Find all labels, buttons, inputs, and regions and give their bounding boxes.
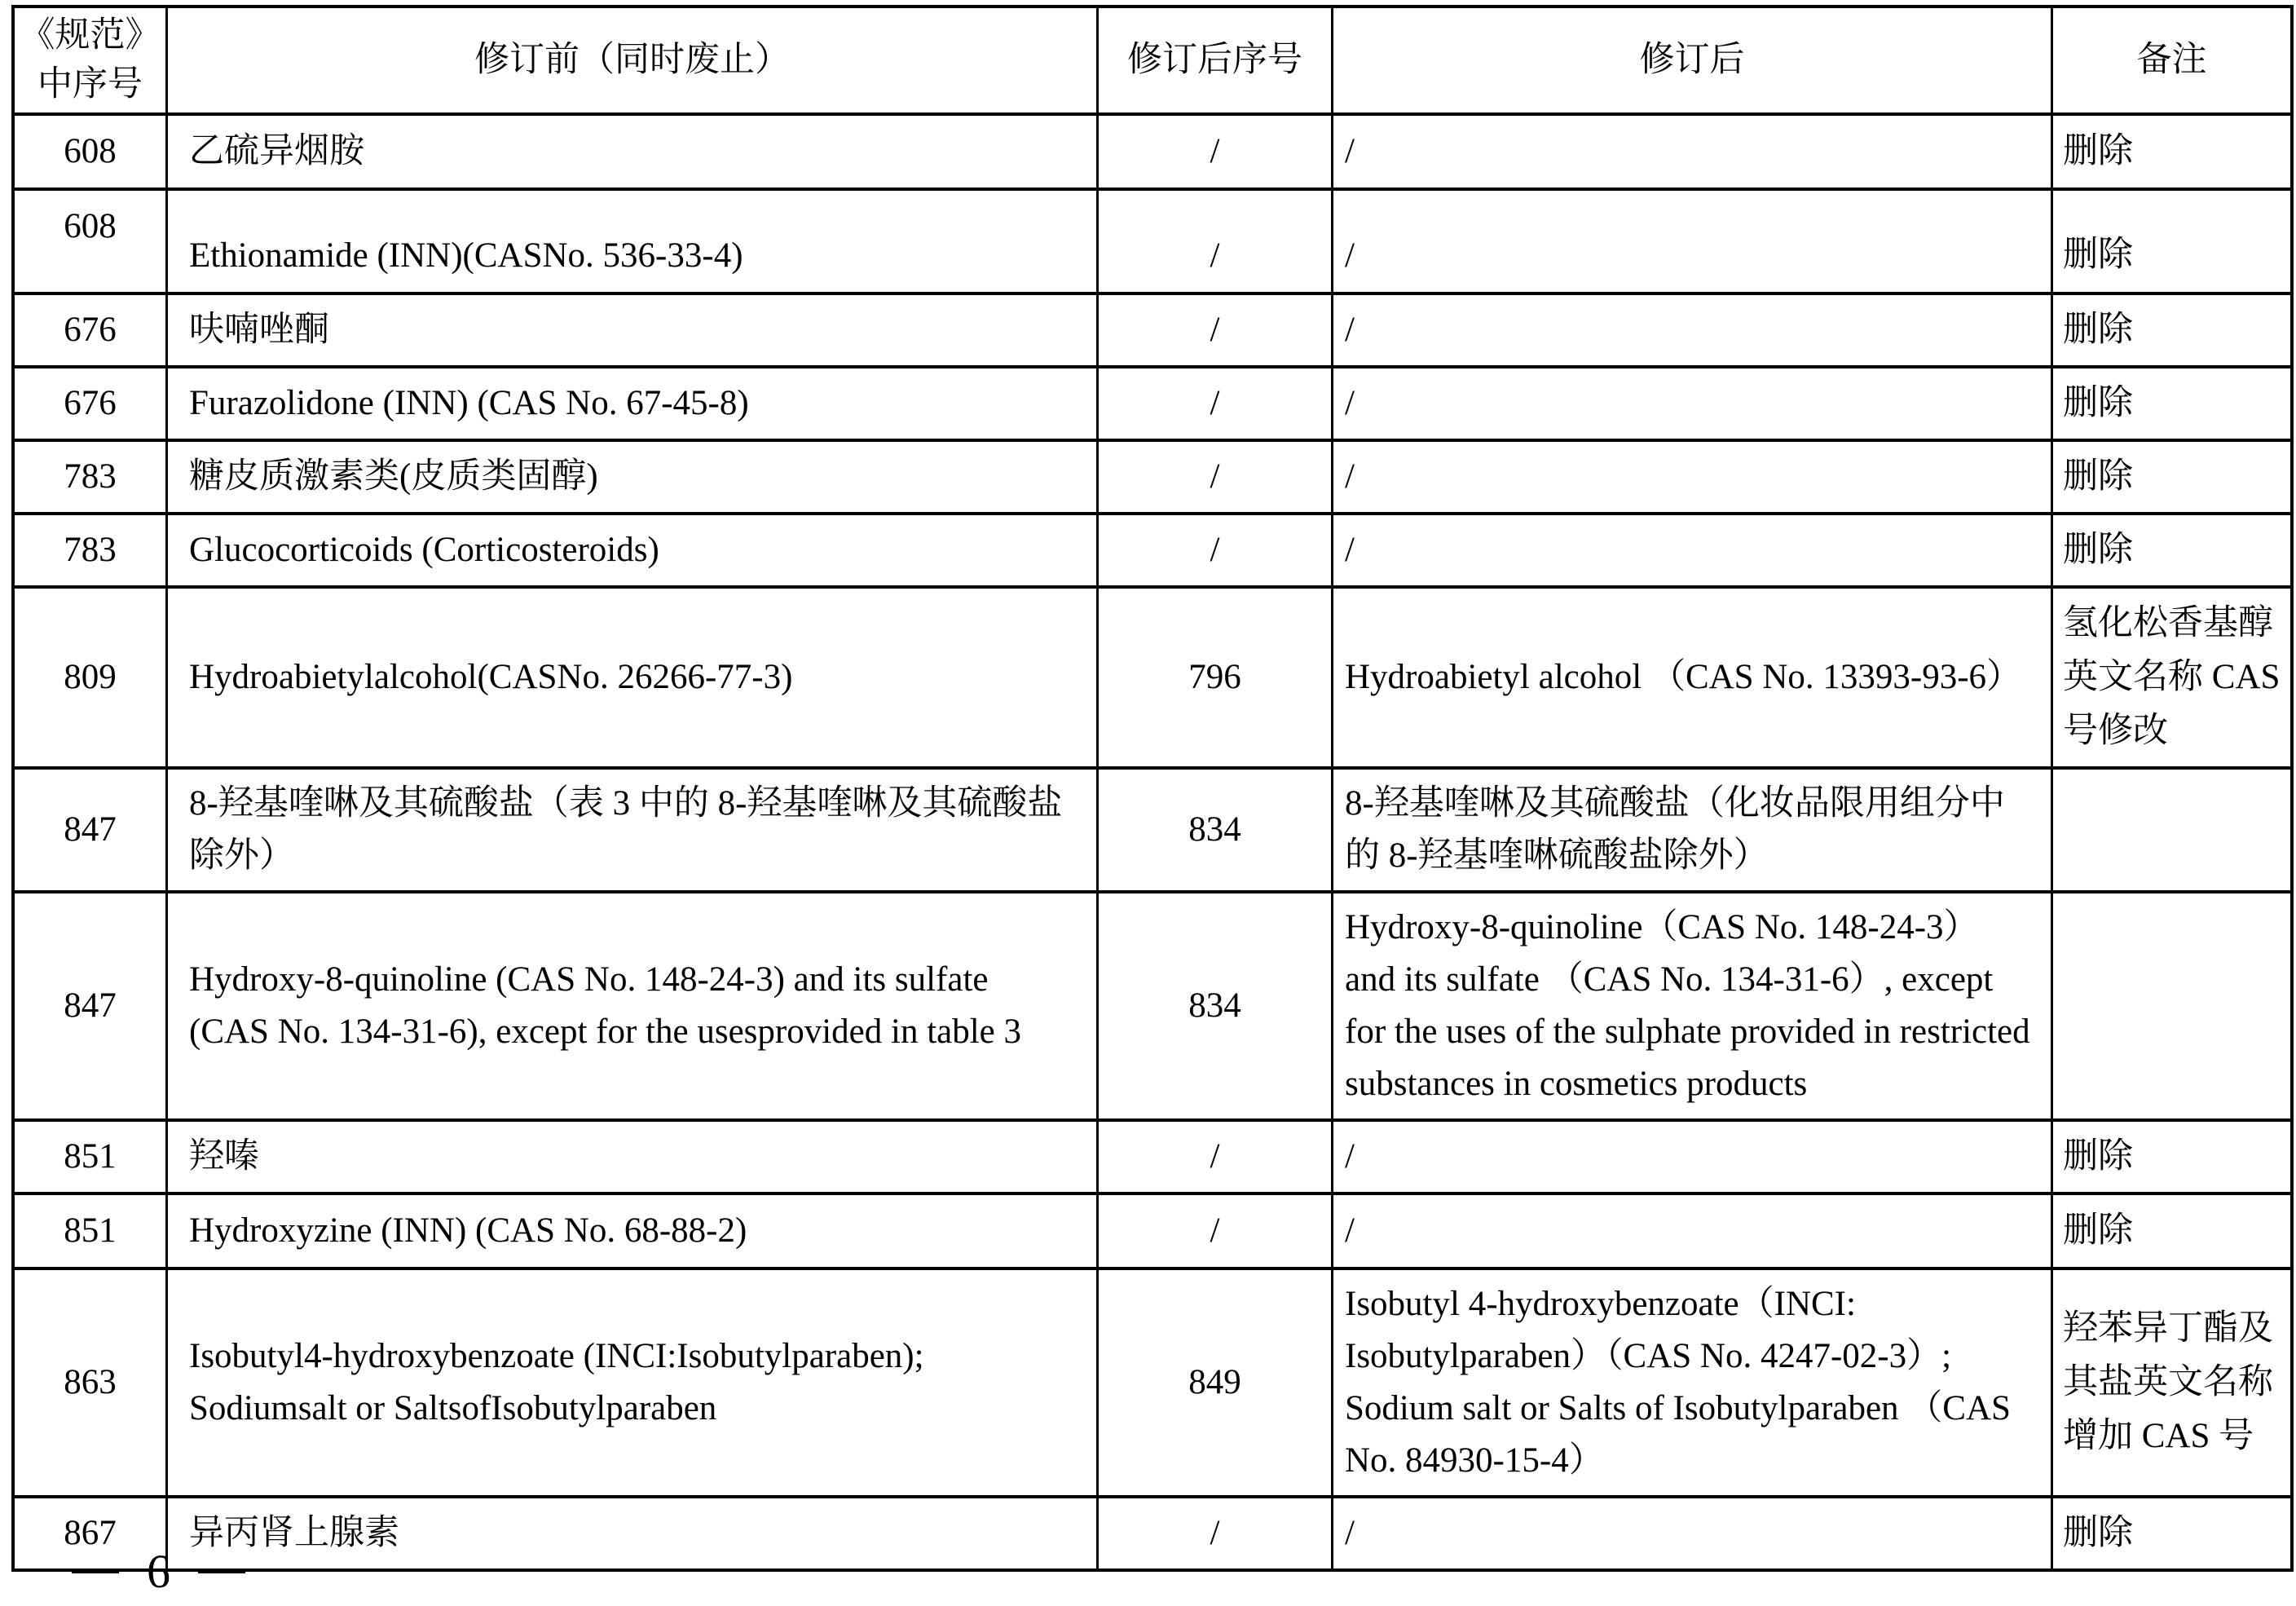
cell-after-no: /	[1096, 295, 1331, 365]
cell-remark: 删除	[2051, 1122, 2290, 1192]
table-row: 847 Hydroxy-8-quinoline (CAS No. 148-24-…	[15, 890, 2290, 1118]
header-spec-no-line1: 《规范》	[20, 11, 161, 60]
header-remark: 备注	[2051, 8, 2290, 113]
cell-spec-no: 783	[15, 442, 165, 512]
cell-spec-no: 847	[15, 893, 165, 1118]
table-row: 809 Hydroabietylalcohol(CASNo. 26266-77-…	[15, 585, 2290, 766]
header-before-revision: 修订前（同时废止）	[165, 8, 1096, 113]
cell-after-revision: /	[1331, 442, 2051, 512]
cell-after-no: /	[1096, 1498, 1331, 1568]
cell-remark: 删除	[2051, 515, 2290, 585]
cell-remark: 删除	[2051, 442, 2290, 512]
cell-spec-no: 851	[15, 1122, 165, 1192]
cell-after-revision: Isobutyl 4-hydroxybenzoate（INCI: Isobuty…	[1331, 1270, 2051, 1495]
header-after-no: 修订后序号	[1096, 8, 1331, 113]
table-row: 851 羟嗪 / / 删除	[15, 1118, 2290, 1192]
cell-before-revision: 糖皮质激素类(皮质类固醇)	[165, 442, 1096, 512]
cell-before-revision: 异丙肾上腺素	[165, 1498, 1096, 1568]
table-row: 783 糖皮质激素类(皮质类固醇) / / 删除	[15, 439, 2290, 512]
table-row: 608 Ethionamide (INN)(CASNo. 536-33-4) /…	[15, 188, 2290, 292]
cell-after-no: /	[1096, 1122, 1331, 1192]
cell-remark: 羟苯异丁酯及其盐英文名称增加 CAS 号	[2051, 1270, 2290, 1495]
cell-remark: 删除	[2051, 368, 2290, 439]
cell-after-revision: /	[1331, 515, 2051, 585]
footer-dash-right-icon	[198, 1570, 245, 1573]
cell-before-revision: Isobutyl4-hydroxybenzoate (INCI:Isobutyl…	[165, 1270, 1096, 1495]
cell-after-revision: /	[1331, 368, 2051, 439]
cell-before-revision: Ethionamide (INN)(CASNo. 536-33-4)	[165, 191, 1096, 292]
cell-after-revision: Hydroxy-8-quinoline（CAS No. 148-24-3） an…	[1331, 893, 2051, 1118]
cell-after-no: 834	[1096, 770, 1331, 890]
cell-remark: 删除	[2051, 1498, 2290, 1568]
cell-spec-no: 676	[15, 368, 165, 439]
cell-after-no: /	[1096, 442, 1331, 512]
cell-before-revision: 呋喃唑酮	[165, 295, 1096, 365]
table-row: 847 8-羟基喹啉及其硫酸盐（表 3 中的 8-羟基喹啉及其硫酸盐除外） 83…	[15, 766, 2290, 890]
cell-remark: 删除	[2051, 191, 2290, 292]
cell-spec-no: 783	[15, 515, 165, 585]
cell-before-revision: 乙硫异烟胺	[165, 116, 1096, 188]
cell-spec-no: 809	[15, 589, 165, 766]
header-spec-no-line2: 中序号	[37, 60, 143, 109]
cell-after-revision: Hydroabietyl alcohol （CAS No. 13393-93-6…	[1331, 589, 2051, 766]
page-footer: 6	[72, 1547, 245, 1596]
cell-remark	[2051, 770, 2290, 890]
cell-after-revision: /	[1331, 1195, 2051, 1267]
cell-after-revision: /	[1331, 295, 2051, 365]
cell-remark	[2051, 893, 2290, 1118]
cell-after-no: /	[1096, 191, 1331, 292]
cell-after-revision: 8-羟基喹啉及其硫酸盐（化妆品限用组分中的 8-羟基喹啉硫酸盐除外）	[1331, 770, 2051, 890]
header-after-revision: 修订后	[1331, 8, 2051, 113]
table-row: 863 Isobutyl4-hydroxybenzoate (INCI:Isob…	[15, 1267, 2290, 1495]
cell-before-revision: Hydroxy-8-quinoline (CAS No. 148-24-3) a…	[165, 893, 1096, 1118]
header-spec-no: 《规范》 中序号	[15, 8, 165, 113]
cell-before-revision: Hydroxyzine (INN) (CAS No. 68-88-2)	[165, 1195, 1096, 1267]
cell-before-revision: Hydroabietylalcohol(CASNo. 26266-77-3)	[165, 589, 1096, 766]
cell-after-revision: /	[1331, 191, 2051, 292]
cell-spec-no: 863	[15, 1270, 165, 1495]
cell-after-no: 849	[1096, 1270, 1331, 1495]
cell-before-revision: 8-羟基喹啉及其硫酸盐（表 3 中的 8-羟基喹啉及其硫酸盐除外）	[165, 770, 1096, 890]
document-page: 《规范》 中序号 修订前（同时废止） 修订后序号 修订后 备注 608 乙硫异烟…	[0, 0, 2296, 1606]
cell-after-no: /	[1096, 368, 1331, 439]
cell-remark: 删除	[2051, 295, 2290, 365]
cell-spec-no: 847	[15, 770, 165, 890]
cell-after-no: /	[1096, 116, 1331, 188]
cell-remark: 氢化松香基醇英文名称 CAS 号修改	[2051, 589, 2290, 766]
cell-after-revision: /	[1331, 1122, 2051, 1192]
cell-after-revision: /	[1331, 1498, 2051, 1568]
table-row: 783 Glucocorticoids (Corticosteroids) / …	[15, 512, 2290, 585]
cell-before-revision: 羟嗪	[165, 1122, 1096, 1192]
page-number: 6	[147, 1547, 170, 1596]
table-row: 676 呋喃唑酮 / / 删除	[15, 292, 2290, 365]
cell-after-no: /	[1096, 515, 1331, 585]
cell-spec-no: 608	[15, 116, 165, 188]
cell-remark: 删除	[2051, 116, 2290, 188]
table-row: 608 乙硫异烟胺 / / 删除	[15, 113, 2290, 188]
cell-remark: 删除	[2051, 1195, 2290, 1267]
table-header-row: 《规范》 中序号 修订前（同时废止） 修订后序号 修订后 备注	[15, 8, 2290, 113]
table-row: 676 Furazolidone (INN) (CAS No. 67-45-8)…	[15, 365, 2290, 439]
table-row: 851 Hydroxyzine (INN) (CAS No. 68-88-2) …	[15, 1192, 2290, 1267]
cell-before-revision: Furazolidone (INN) (CAS No. 67-45-8)	[165, 368, 1096, 439]
cell-after-revision: /	[1331, 116, 2051, 188]
cell-spec-no: 608	[15, 191, 165, 292]
table-row: 867 异丙肾上腺素 / / 删除	[15, 1495, 2290, 1568]
footer-dash-left-icon	[72, 1570, 119, 1573]
cell-after-no: /	[1096, 1195, 1331, 1267]
cell-after-no: 796	[1096, 589, 1331, 766]
cell-after-no: 834	[1096, 893, 1331, 1118]
cell-spec-no: 676	[15, 295, 165, 365]
cell-before-revision: Glucocorticoids (Corticosteroids)	[165, 515, 1096, 585]
cell-spec-no: 851	[15, 1195, 165, 1267]
revision-table: 《规范》 中序号 修订前（同时废止） 修订后序号 修订后 备注 608 乙硫异烟…	[11, 5, 2294, 1572]
